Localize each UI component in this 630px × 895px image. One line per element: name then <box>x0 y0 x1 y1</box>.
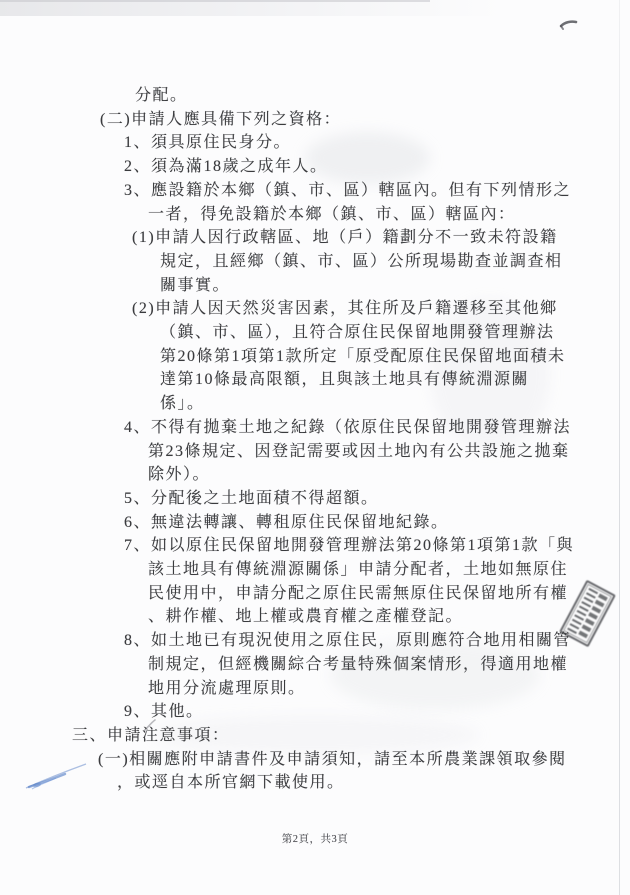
doc-line: 規定，且經鄉（鎮、市、區）公所現場勘查並調查相 <box>160 250 630 274</box>
doc-line: 6、無違法轉讓、轉租原住民保留地紀錄。 <box>124 511 630 535</box>
doc-line: (2)申請人因天然災害因素，其住所及戶籍遷移至其他鄉 <box>132 297 630 321</box>
doc-line: (1)申請人因行政轄區、地（戶）籍劃分不一致未符設籍 <box>132 226 630 250</box>
doc-line: 3、應設籍於本鄉（鎮、市、區）轄區內。但有下列情形之 <box>124 179 630 203</box>
doc-line: 第20條第1項第1款所定「原受配原住民保留地面積未 <box>160 345 630 369</box>
doc-line: (二)申請人應具備下列之資格： <box>100 108 630 132</box>
doc-line: 地用分流處理原則。 <box>148 677 630 701</box>
doc-line: 8、如土地已有現況使用之原住民，原則應符合地用相關管 <box>124 629 630 653</box>
page-number: 第2頁，共3頁 <box>0 831 630 846</box>
doc-line: ，或逕自本所官網下載使用。 <box>117 771 630 795</box>
doc-line: 1、須具原住民身分。 <box>124 131 630 155</box>
doc-line: 分配。 <box>135 84 630 108</box>
doc-line: 該土地具有傳統淵源關係」申請分配者，土地如無原住 <box>148 558 630 582</box>
doc-line: 一者，得免設籍於本鄉（鎮、市、區）轄區內： <box>148 203 630 227</box>
doc-line: 5、分配後之土地面積不得超額。 <box>124 487 630 511</box>
doc-line: 第23條規定、因登記需要或因土地內有公共設施之拋棄 <box>148 440 630 464</box>
doc-line: 制規定，但經機關綜合考量特殊個案情形，得適用地權 <box>148 653 630 677</box>
doc-line: 達第10條最高限額，且與該土地具有傳統淵源關 <box>160 368 630 392</box>
doc-line: 7、如以原住民保留地開發管理辦法第20條第1項第1款「與 <box>124 534 630 558</box>
doc-line: 2、須為滿18歲之成年人。 <box>124 155 630 179</box>
doc-line: 三、申請注意事項： <box>72 724 630 748</box>
doc-line: 9、其他。 <box>124 700 630 724</box>
doc-line: 係」。 <box>160 392 630 416</box>
document-page: 分配。(二)申請人應具備下列之資格：1、須具原住民身分。2、須為滿18歲之成年人… <box>0 0 630 895</box>
doc-line: （鎮、市、區），且符合原住民保留地開發管理辦法 <box>160 321 630 345</box>
doc-line: 關事實。 <box>160 274 630 298</box>
doc-line: 、耕作權、地上權或農育權之產權登記。 <box>148 605 630 629</box>
document-body: 分配。(二)申請人應具備下列之資格：1、須具原住民身分。2、須為滿18歲之成年人… <box>0 0 630 795</box>
doc-line: 除外）。 <box>148 463 630 487</box>
doc-line: (一)相關應附申請書件及申請須知，請至本所農業課領取參閱 <box>98 748 630 772</box>
doc-line: 民使用中，申請分配之原住民需無原住民保留地所有權 <box>148 582 630 606</box>
doc-line: 4、不得有拋棄土地之紀錄（依原住民保留地開發管理辦法 <box>124 416 630 440</box>
